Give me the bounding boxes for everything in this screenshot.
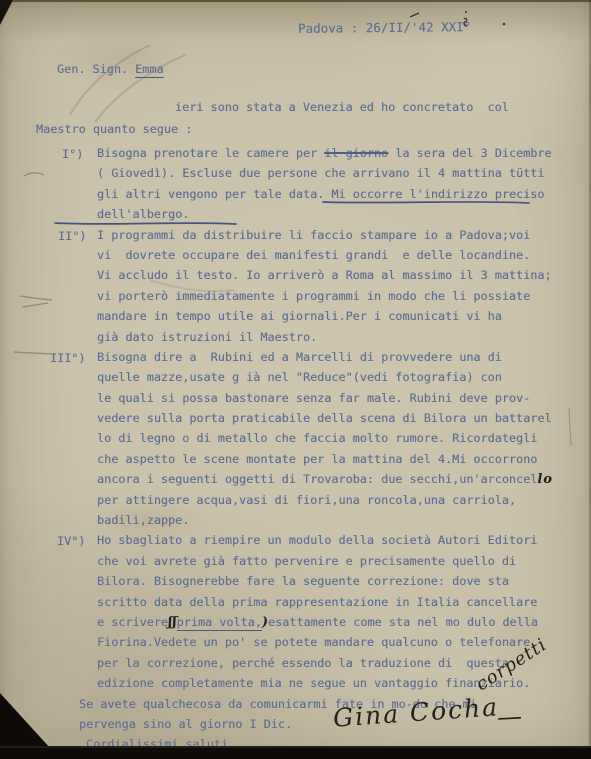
typed-line: scritto data della prima rappresentazion… — [97, 592, 591, 612]
section-I: I°) Bisogna prenotare le camere per il g… — [0, 143, 591, 225]
scanned-letter: Padova : 26/II/'42 XXI° Gen. Sign. Emma … — [0, 0, 591, 759]
typed-line: vi porterò immediatamente i programmi in… — [97, 286, 591, 306]
signature-flourish-dash: — — [496, 701, 522, 731]
typed-line: Bisogna dire a Rubini ed a Marcelli di p… — [97, 347, 591, 367]
section-I-number: I°) — [62, 144, 83, 164]
typed-line: che voi avrete già fatto pervenire e pre… — [97, 551, 591, 571]
typed-line: dell'albergo. — [97, 204, 591, 224]
salutation-prefix: Gen. Sign. — [57, 62, 135, 76]
section-III: III°) Bisogna dire a Rubini ed a Marcell… — [0, 347, 591, 531]
ink-insert-mark-open: ʃʃ — [168, 615, 177, 630]
typed-line: per attingere acqua,vasi di fiori,una ro… — [97, 490, 591, 510]
typed-line: edizione completamente mia ne segue un v… — [97, 673, 591, 693]
typed-line: che aspetto le scene montate per la matt… — [97, 449, 591, 469]
typed-line: vedere sulla porta praticabile della sce… — [97, 408, 591, 428]
section-II-number: II°) — [58, 226, 86, 246]
scan-edge-top — [0, 0, 591, 2]
typed-line: già dato istruzioni il Maestro. — [97, 327, 591, 347]
section-III-number: III°) — [50, 348, 86, 368]
typed-line: gli altri vengono per tale data. Mi occo… — [97, 184, 591, 204]
typed-line: Ho sbagliato a riempire un modulo della … — [97, 530, 591, 550]
typed-line: ( Giovedì). Escluse due persone che arri… — [97, 163, 591, 183]
typed-line: ancora i seguenti oggetti di Trovaroba: … — [97, 469, 591, 489]
typed-line: badili,zappe. — [97, 510, 591, 530]
typed-line: Bisogna prenotare le camere per il giorn… — [97, 143, 591, 163]
typed-line: Vi accludo il testo. Io arriverò a Roma … — [97, 265, 591, 285]
opening-line-2: Maestro quanto segue : — [36, 122, 192, 136]
handwritten-correction-lo: lo — [537, 472, 553, 487]
salutation-name: Emma — [135, 62, 163, 78]
typed-line: Bilora. Bisognerebbe fare la seguente co… — [97, 571, 591, 591]
scan-edge-bottom — [0, 746, 591, 759]
typed-line: I programmi da distribuire li faccio sta… — [97, 225, 591, 245]
salutation: Gen. Sign. Emma — [57, 62, 164, 76]
typed-line: lo di legno o di metallo che faccia molt… — [97, 428, 591, 448]
typed-line: mandare in tempo utile ai giornali.Per i… — [97, 306, 591, 326]
typed-line: le quali si possa bastonare senza far ma… — [97, 388, 591, 408]
section-IV-number: IV°) — [57, 531, 85, 551]
underlined-text: dell'albergo. — [97, 207, 189, 221]
struck-text: il giorno — [324, 146, 388, 160]
typed-line: quelle mazze,usate g ià nel "Reduce"(ved… — [97, 367, 591, 387]
typed-line: vi dovrete occupare dei manifesti grandi… — [97, 245, 591, 265]
section-II: II°) I programmi da distribuire li facci… — [0, 225, 591, 347]
typed-line: e scrivereʃʃprima volta,)esattamente com… — [97, 612, 591, 632]
underlined-text: prima volta, — [177, 615, 262, 631]
underlined-text: Mi occorre l'indirizzo preciso — [331, 187, 544, 201]
opening-line-1: ieri sono stata a Venezia ed ho concreta… — [175, 100, 509, 114]
dateline: Padova : 26/II/'42 XXI° — [298, 19, 471, 36]
